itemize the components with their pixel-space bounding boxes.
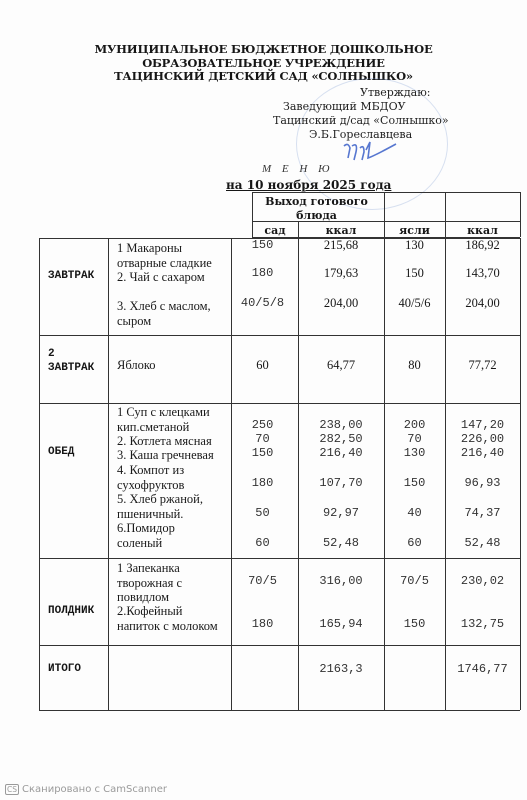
org-line-2: ОБРАЗОВАТЕЛЬНОЕ УЧРЕЖДЕНИЕ (0, 57, 527, 71)
portion-yasli: 130 (384, 238, 445, 253)
portion-yasli: 40/5/6 (384, 296, 445, 311)
portion-sad: 150 (231, 446, 294, 460)
approval-name: Э.Б.Гореславцева (309, 128, 412, 141)
dish-name: 2.Кофейный (117, 604, 182, 619)
table-border (520, 238, 521, 710)
table-border (252, 192, 520, 193)
total-kcal-yasli: 1746,77 (445, 662, 520, 676)
portion-sad: 180 (231, 617, 294, 631)
column-header-yasli: ясли (384, 224, 445, 237)
dish-name: пшеничный. (117, 507, 183, 522)
dish-name: 1 Суп с клецками (117, 405, 210, 420)
kcal-yasli: 216,40 (445, 446, 520, 460)
dish-name: напиток с молоком (117, 619, 218, 634)
table-border (108, 238, 109, 710)
approval-heading: Утверждаю: (360, 86, 431, 99)
meal-label: ОБЕД (48, 446, 74, 458)
table-border (39, 403, 520, 404)
table-border (39, 335, 520, 336)
kcal-sad: 165,94 (298, 617, 384, 631)
dish-name: 1 Запеканка (117, 561, 180, 576)
kcal-sad: 107,70 (298, 476, 384, 490)
kcal-yasli: 204,00 (445, 296, 520, 311)
portion-sad: 180 (231, 266, 294, 280)
kcal-yasli: 143,70 (445, 266, 520, 281)
portion-sad: 150 (231, 238, 294, 252)
approval-position: Заведующий МБДОУ (283, 100, 406, 113)
portion-yasli: 60 (384, 536, 445, 550)
dish-name: 2. Чай с сахаром (117, 270, 205, 285)
dish-name: 2. Котлета мясная (117, 434, 212, 449)
portion-yasli: 70/5 (384, 574, 445, 588)
organization-header: МУНИЦИПАЛЬНОЕ БЮДЖЕТНОЕ ДОШКОЛЬНОЕ ОБРАЗ… (0, 43, 527, 84)
dish-name: 5. Хлеб ржаной, (117, 492, 203, 507)
portion-yasli: 40 (384, 506, 445, 520)
org-line-3: ТАЦИНСКИЙ ДЕТСКИЙ САД «СОЛНЫШКО» (0, 70, 527, 84)
kcal-yasli: 226,00 (445, 432, 520, 446)
portion-yasli: 150 (384, 617, 445, 631)
kcal-yasli: 74,37 (445, 506, 520, 520)
dish-name: 4. Компот из (117, 463, 184, 478)
kcal-sad: 52,48 (298, 536, 384, 550)
portion-yasli: 150 (384, 476, 445, 490)
signature-icon (338, 138, 398, 164)
kcal-sad: 282,50 (298, 432, 384, 446)
camscanner-text: Сканировано с CamScanner (22, 784, 167, 795)
camscanner-logo-icon: CS (5, 784, 19, 795)
output-header-line-2: блюда (252, 209, 381, 223)
dish-name: Яблоко (117, 358, 156, 373)
kcal-yasli: 77,72 (445, 358, 520, 373)
meal-label: ЗАВТРАК (48, 362, 94, 374)
approval-organization: Тацинский д/сад «Солнышко» (273, 114, 449, 127)
kcal-sad: 216,40 (298, 446, 384, 460)
org-line-1: МУНИЦИПАЛЬНОЕ БЮДЖЕТНОЕ ДОШКОЛЬНОЕ (0, 43, 527, 57)
date-title: на 10 ноября 2025 года (226, 178, 391, 192)
dish-name: 3. Хлеб с маслом, (117, 299, 211, 314)
kcal-yasli: 147,20 (445, 418, 520, 432)
portion-sad: 70 (231, 432, 294, 446)
kcal-sad: 64,77 (298, 358, 384, 373)
portion-sad: 60 (231, 358, 294, 373)
portion-sad: 40/5/8 (231, 296, 294, 310)
portion-yasli: 130 (384, 446, 445, 460)
column-header-sad-kcal: ккал (298, 224, 384, 237)
kcal-sad: 179,63 (298, 266, 384, 281)
table-border (39, 238, 40, 710)
dish-name: сыром (117, 314, 151, 329)
portion-yasli: 150 (384, 266, 445, 281)
menu-title: М Е Н Ю (262, 163, 333, 175)
total-kcal-sad: 2163,3 (298, 662, 384, 676)
portion-sad: 70/5 (231, 574, 294, 588)
kcal-sad: 238,00 (298, 418, 384, 432)
column-header-sad: сад (252, 224, 298, 237)
kcal-sad: 204,00 (298, 296, 384, 311)
kcal-sad: 316,00 (298, 574, 384, 588)
meal-label: 2 (48, 348, 55, 360)
portion-sad: 60 (231, 536, 294, 550)
column-header-yasli-kcal: ккал (445, 224, 520, 237)
table-border (520, 192, 521, 237)
portion-sad: 50 (231, 506, 294, 520)
total-label: ИТОГО (48, 663, 81, 675)
table-border (39, 710, 520, 711)
kcal-sad: 215,68 (298, 238, 384, 253)
dish-name: отварные сладкие (117, 256, 212, 271)
portion-yasli: 70 (384, 432, 445, 446)
dish-name: сухофруктов (117, 478, 184, 493)
dish-name: творожная с (117, 576, 182, 591)
dish-name: соленый (117, 536, 162, 551)
meal-label: ЗАВТРАК (48, 270, 94, 282)
dish-name: кип.сметаной (117, 420, 189, 435)
output-header: Выход готового блюда (252, 195, 381, 223)
table-border (39, 645, 520, 646)
kcal-yasli: 96,93 (445, 476, 520, 490)
dish-name: 1 Макароны (117, 241, 182, 256)
portion-yasli: 200 (384, 418, 445, 432)
meal-label: ПОЛДНИК (48, 605, 94, 617)
dish-name: 6.Помидор (117, 521, 175, 536)
portion-sad: 250 (231, 418, 294, 432)
dish-name: повидлом (117, 590, 169, 605)
table-border (39, 558, 520, 559)
camscanner-watermark: CS Сканировано с CamScanner (5, 784, 167, 795)
kcal-yasli: 230,02 (445, 574, 520, 588)
dish-name: 3. Каша гречневая (117, 448, 214, 463)
portion-yasli: 80 (384, 358, 445, 373)
kcal-yasli: 132,75 (445, 617, 520, 631)
kcal-yasli: 52,48 (445, 536, 520, 550)
kcal-sad: 92,97 (298, 506, 384, 520)
kcal-yasli: 186,92 (445, 238, 520, 253)
output-header-line-1: Выход готового (252, 195, 381, 209)
portion-sad: 180 (231, 476, 294, 490)
